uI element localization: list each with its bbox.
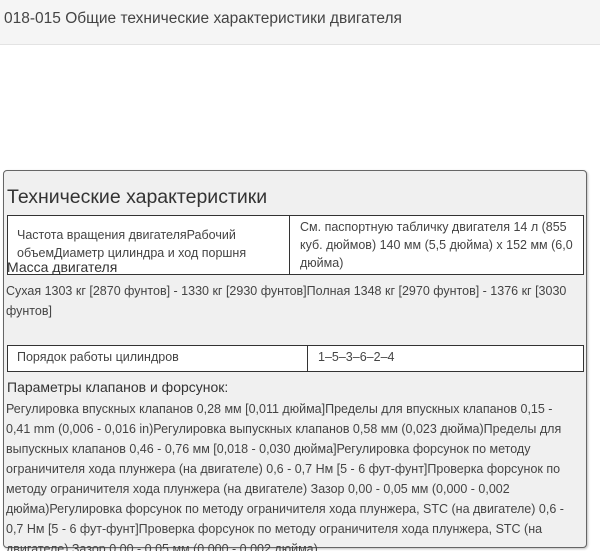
valves-injectors-text: Регулировка впускных клапанов 0,28 мм [0… xyxy=(6,399,580,551)
valves-injectors-heading: Параметры клапанов и форсунок: xyxy=(7,379,228,395)
spec-value: См. паспортную табличку двигателя 14 л (… xyxy=(290,216,584,275)
specifications-panel: Технические характеристики Частота враще… xyxy=(3,170,587,548)
panel-title: Технические характеристики xyxy=(7,186,267,209)
table-row: Порядок работы цилиндров 1–5–3–6–2–4 xyxy=(8,346,584,372)
page-header: 018-015 Общие технические характеристики… xyxy=(0,0,600,45)
engine-mass-heading: Масса двигателя xyxy=(7,259,117,275)
spec-key: Порядок работы цилиндров xyxy=(8,346,308,372)
firing-order-table: Порядок работы цилиндров 1–5–3–6–2–4 xyxy=(7,345,584,372)
page-title: 018-015 Общие технические характеристики… xyxy=(4,10,402,28)
spec-value: 1–5–3–6–2–4 xyxy=(308,346,584,372)
engine-mass-text: Сухая 1303 кг [2870 фунтов] - 1330 кг [2… xyxy=(6,281,580,321)
